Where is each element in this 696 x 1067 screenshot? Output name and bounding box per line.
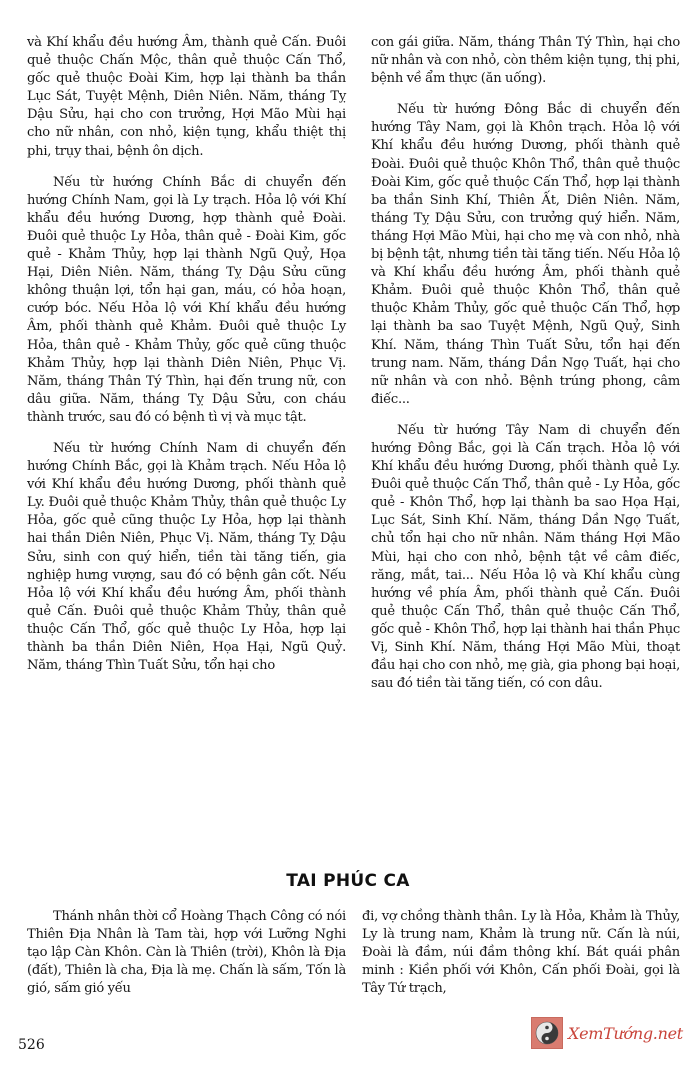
paragraph: Thánh nhân thời cổ Hoàng Thạch Công có n… <box>27 908 346 998</box>
watermark-text: XemTướng.net <box>568 1024 683 1043</box>
paragraph: đi, vợ chồng thành thân. Ly là Hỏa, Khảm… <box>362 908 680 998</box>
paragraph: Nếu từ hướng Chính Bắc di chuyển đến hướ… <box>27 174 346 427</box>
page-number: 526 <box>18 1037 45 1053</box>
paragraph: và Khí khẩu đều hướng Âm, thành quẻ Cấn.… <box>27 34 346 161</box>
yin-yang-icon <box>531 1017 563 1049</box>
paragraph: con gái giữa. Năm, tháng Thân Tý Thìn, h… <box>371 34 680 88</box>
section-left-column: Thánh nhân thời cổ Hoàng Thạch Công có n… <box>27 908 346 998</box>
book-page: và Khí khẩu đều hướng Âm, thành quẻ Cấn.… <box>0 0 696 1067</box>
paragraph: Nếu từ hướng Đông Bắc di chuyển đến hướn… <box>371 101 680 409</box>
paragraph: Nếu từ hướng Tây Nam di chuyển đến hướng… <box>371 422 680 693</box>
left-column: và Khí khẩu đều hướng Âm, thành quẻ Cấn.… <box>27 34 346 688</box>
paragraph: Nếu từ hướng Chính Nam di chuyển đến hướ… <box>27 440 346 675</box>
section-right-column: đi, vợ chồng thành thân. Ly là Hỏa, Khảm… <box>362 908 680 998</box>
section-heading: TAI PHÚC CA <box>0 871 696 891</box>
right-column: con gái giữa. Năm, tháng Thân Tý Thìn, h… <box>371 34 680 706</box>
watermark: XemTướng.net <box>531 1017 683 1049</box>
